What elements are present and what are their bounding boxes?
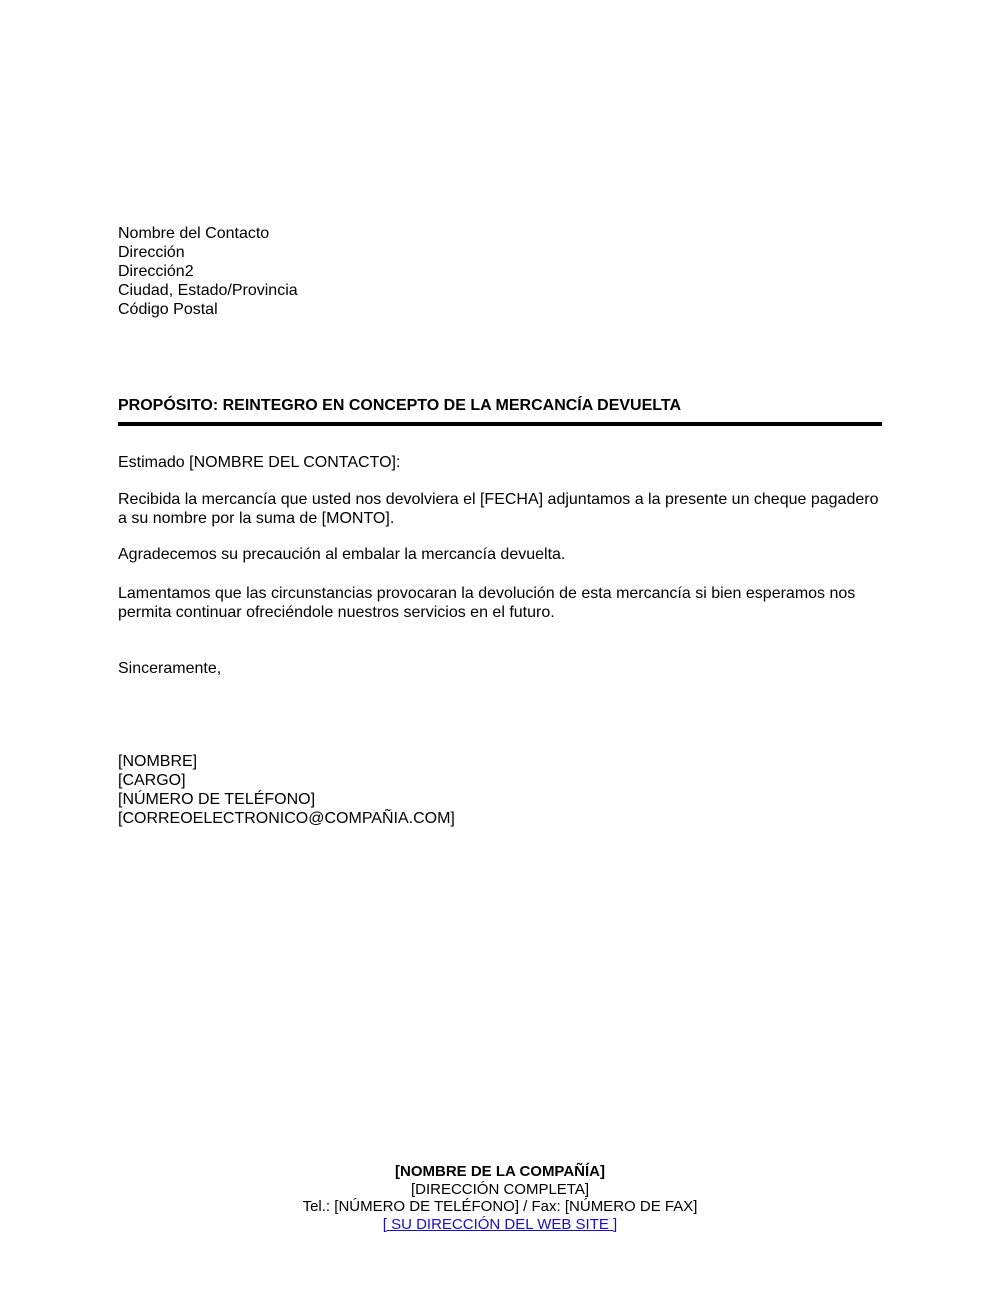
salutation: Estimado [NOMBRE DEL CONTACTO]: (118, 453, 882, 472)
footer-website-link[interactable]: [ SU DIRECCIÓN DEL WEB SITE ] (383, 1216, 617, 1233)
recipient-name: Nombre del Contacto (118, 224, 882, 243)
paragraph-text: Agradecemos su precaución al embalar la … (118, 545, 882, 564)
footer-company-name: [NOMBRE DE LA COMPAÑÍA] (0, 1163, 1000, 1181)
recipient-city-state: Ciudad, Estado/Provincia (118, 281, 882, 300)
company-footer: [NOMBRE DE LA COMPAÑÍA] [DIRECCIÓN COMPL… (0, 1163, 1000, 1233)
footer-contact: Tel.: [NÚMERO DE TELÉFONO] / Fax: [NÚMER… (0, 1198, 1000, 1216)
subject-divider (118, 422, 882, 426)
body-paragraph-3: Lamentamos que las circunstancias provoc… (118, 584, 882, 622)
recipient-address: Nombre del Contacto Dirección Dirección2… (118, 224, 882, 319)
body-paragraph-1: Recibida la mercancía que usted nos devo… (118, 490, 882, 528)
recipient-postal-code: Código Postal (118, 300, 882, 319)
paragraph-text: Lamentamos que las circunstancias provoc… (118, 584, 882, 622)
signature-phone: [NÚMERO DE TELÉFONO] (118, 790, 882, 809)
paragraph-text: Recibida la mercancía que usted nos devo… (118, 490, 882, 528)
closing: Sinceramente, (118, 659, 882, 678)
footer-address: [DIRECCIÓN COMPLETA] (0, 1181, 1000, 1199)
signature-title: [CARGO] (118, 771, 882, 790)
letter-page: Nombre del Contacto Dirección Dirección2… (0, 0, 1000, 1290)
subject-line: PROPÓSITO: REINTEGRO EN CONCEPTO DE LA M… (118, 396, 882, 415)
signature-name: [NOMBRE] (118, 752, 882, 771)
body-paragraph-2: Agradecemos su precaución al embalar la … (118, 545, 882, 564)
recipient-address-line-1: Dirección (118, 243, 882, 262)
recipient-address-line-2: Dirección2 (118, 262, 882, 281)
signature-block: [NOMBRE] [CARGO] [NÚMERO DE TELÉFONO] [C… (118, 752, 882, 828)
signature-email: [CORREOELECTRONICO@COMPAÑIA.COM] (118, 809, 882, 828)
